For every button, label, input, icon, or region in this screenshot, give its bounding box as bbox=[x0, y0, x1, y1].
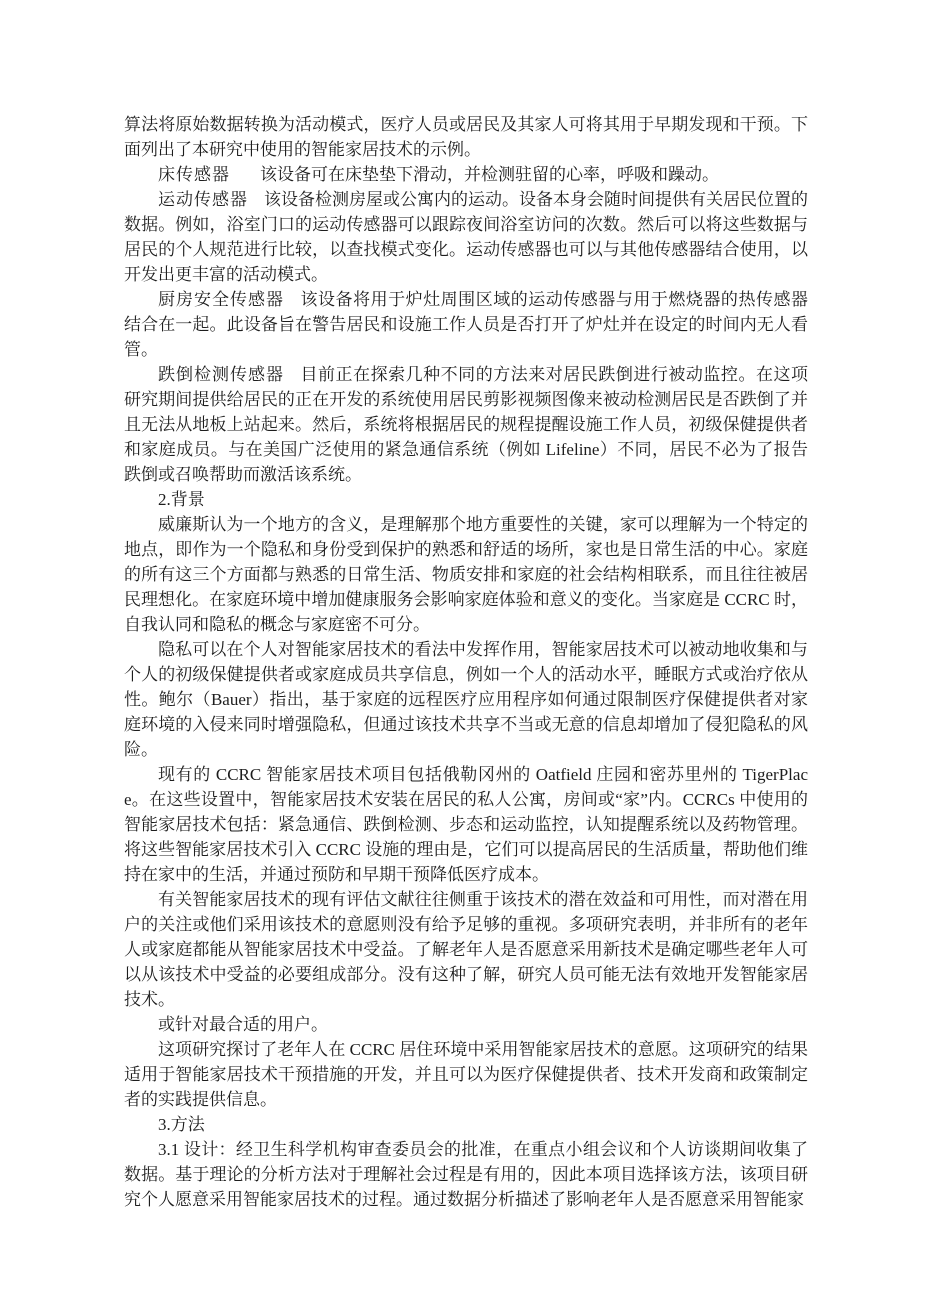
sensor-description-bed: 该设备可在床垫垫下滑动，并检测驻留的心率，呼吸和躁动。 bbox=[260, 165, 719, 184]
sensor-term-fall-detection: 跌倒检测传感器 bbox=[158, 362, 300, 387]
sensor-term-bed: 床传感器 bbox=[158, 162, 260, 187]
paragraph-existing-projects: 现有的 CCRC 智能家居技术项目包括俄勒冈州的 Oatfield 庄园和密苏里… bbox=[124, 762, 808, 887]
document-page: 算法将原始数据转换为活动模式，医疗人员或居民及其家人可将其用于早期发现和干预。下… bbox=[0, 0, 926, 1309]
paragraph-evaluation-literature: 有关智能家居技术的现有评估文献往往侧重于该技术的潜在效益和可用性，而对潜在用户的… bbox=[124, 887, 808, 1012]
paragraph-meaning-of-place: 威廉斯认为一个地方的含义，是理解那个地方重要性的关键，家可以理解为一个特定的地点… bbox=[124, 512, 808, 637]
sensor-entry-kitchen-safety: 厨房安全传感器该设备将用于炉灶周围区域的运动传感器与用于燃烧器的热传感器结合在一… bbox=[124, 287, 808, 362]
sensor-entry-bed: 床传感器该设备可在床垫垫下滑动，并检测驻留的心率，呼吸和躁动。 bbox=[124, 162, 808, 187]
paragraph-intro-continuation: 算法将原始数据转换为活动模式，医疗人员或居民及其家人可将其用于早期发现和干预。下… bbox=[124, 112, 808, 162]
paragraph-privacy: 隐私可以在个人对智能家居技术的看法中发挥作用，智能家居技术可以被动地收集和与个人… bbox=[124, 637, 808, 762]
sensor-entry-motion: 运动传感器该设备检测房屋或公寓内的运动。设备本身会随时间提供有关居民位置的数据。… bbox=[124, 187, 808, 287]
section-heading-methods: 3.方法 bbox=[124, 1112, 808, 1137]
paragraph-design: 3.1 设计：经卫生科学机构审查委员会的批准，在重点小组会议和个人访谈期间收集了… bbox=[124, 1137, 808, 1212]
paragraph-study-purpose: 这项研究探讨了老年人在 CCRC 居住环境中采用智能家居技术的意愿。这项研究的结… bbox=[124, 1037, 808, 1112]
document-body: 算法将原始数据转换为活动模式，医疗人员或居民及其家人可将其用于早期发现和干预。下… bbox=[124, 112, 808, 1212]
paragraph-target-users-fragment: 或针对最合适的用户。 bbox=[124, 1012, 808, 1037]
sensor-term-motion: 运动传感器 bbox=[158, 187, 264, 212]
section-heading-background: 2.背景 bbox=[124, 487, 808, 512]
sensor-term-kitchen-safety: 厨房安全传感器 bbox=[158, 287, 300, 312]
sensor-entry-fall-detection: 跌倒检测传感器目前正在探索几种不同的方法来对居民跌倒进行被动监控。在这项研究期间… bbox=[124, 362, 808, 487]
